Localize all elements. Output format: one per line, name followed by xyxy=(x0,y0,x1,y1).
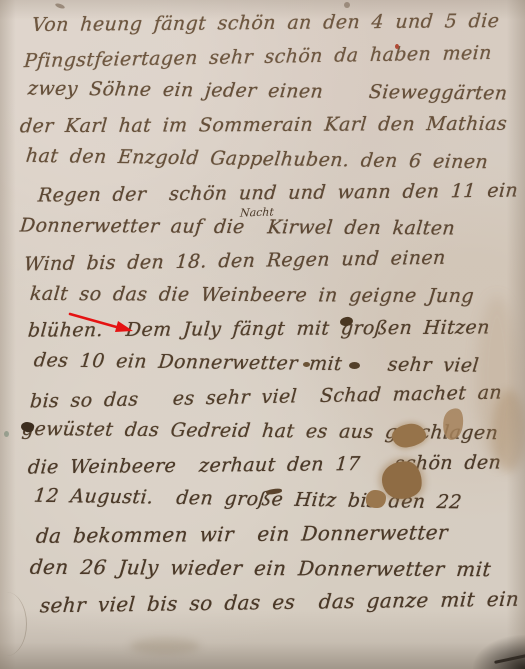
red-arrow-annotation xyxy=(58,304,144,340)
paper-smudge xyxy=(130,638,200,654)
handwriting-line: da bekommen wir ein Donnerwetter xyxy=(35,520,449,548)
handwriting-line: hat den Enzgold Gappelhuben. den 6 einen xyxy=(25,145,489,173)
handwriting-line: gewüstet das Gedreid hat es aus geschlag… xyxy=(21,418,499,444)
handwriting-line: Regen der schön und und wann den 11 ein xyxy=(37,179,519,206)
handwriting-line: bis so das es sehr viel Schad machet an xyxy=(29,381,503,412)
interlinear-word: Nacht xyxy=(240,205,275,219)
handwriting-line: den 26 July wieder ein Donnerwetter mit xyxy=(29,555,492,581)
handwriting-line: Wind bis den 18. den Regen und einen xyxy=(23,247,446,276)
handwriting-line: Von heung fängt schön an den 4 und 5 die xyxy=(31,10,500,36)
handwriting-line: 12 Augusti. den große Hitz bis den 22 xyxy=(33,485,463,514)
handwriting-line: des 10 ein Donnerwetter mit sehr viel xyxy=(33,349,480,376)
ink-speck xyxy=(55,2,66,9)
paper-speck xyxy=(4,431,9,437)
page-edge-line xyxy=(494,653,525,664)
manuscript-page: Von heung fängt schön an den 4 und 5 die… xyxy=(0,0,525,669)
handwriting-line: Pfingstfeiertagen sehr schön da haben me… xyxy=(23,42,492,72)
page-corner-shadow xyxy=(473,635,525,669)
handwriting-line: der Karl hat im Sommerain Karl den Mathi… xyxy=(19,113,508,138)
handwriting-line: die Weinbeere zerhaut den 17 schön den xyxy=(27,452,502,479)
ink-speck xyxy=(344,2,350,8)
handwriting-line: Donnerwetter auf die Kirwel den kalten xyxy=(19,214,456,239)
page-curl-mark xyxy=(0,592,27,656)
handwriting-line: sehr viel bis so das es das ganze mit ei… xyxy=(39,587,520,618)
handwriting-line: zwey Söhne ein jeder einen Sieweggärten xyxy=(27,78,509,105)
